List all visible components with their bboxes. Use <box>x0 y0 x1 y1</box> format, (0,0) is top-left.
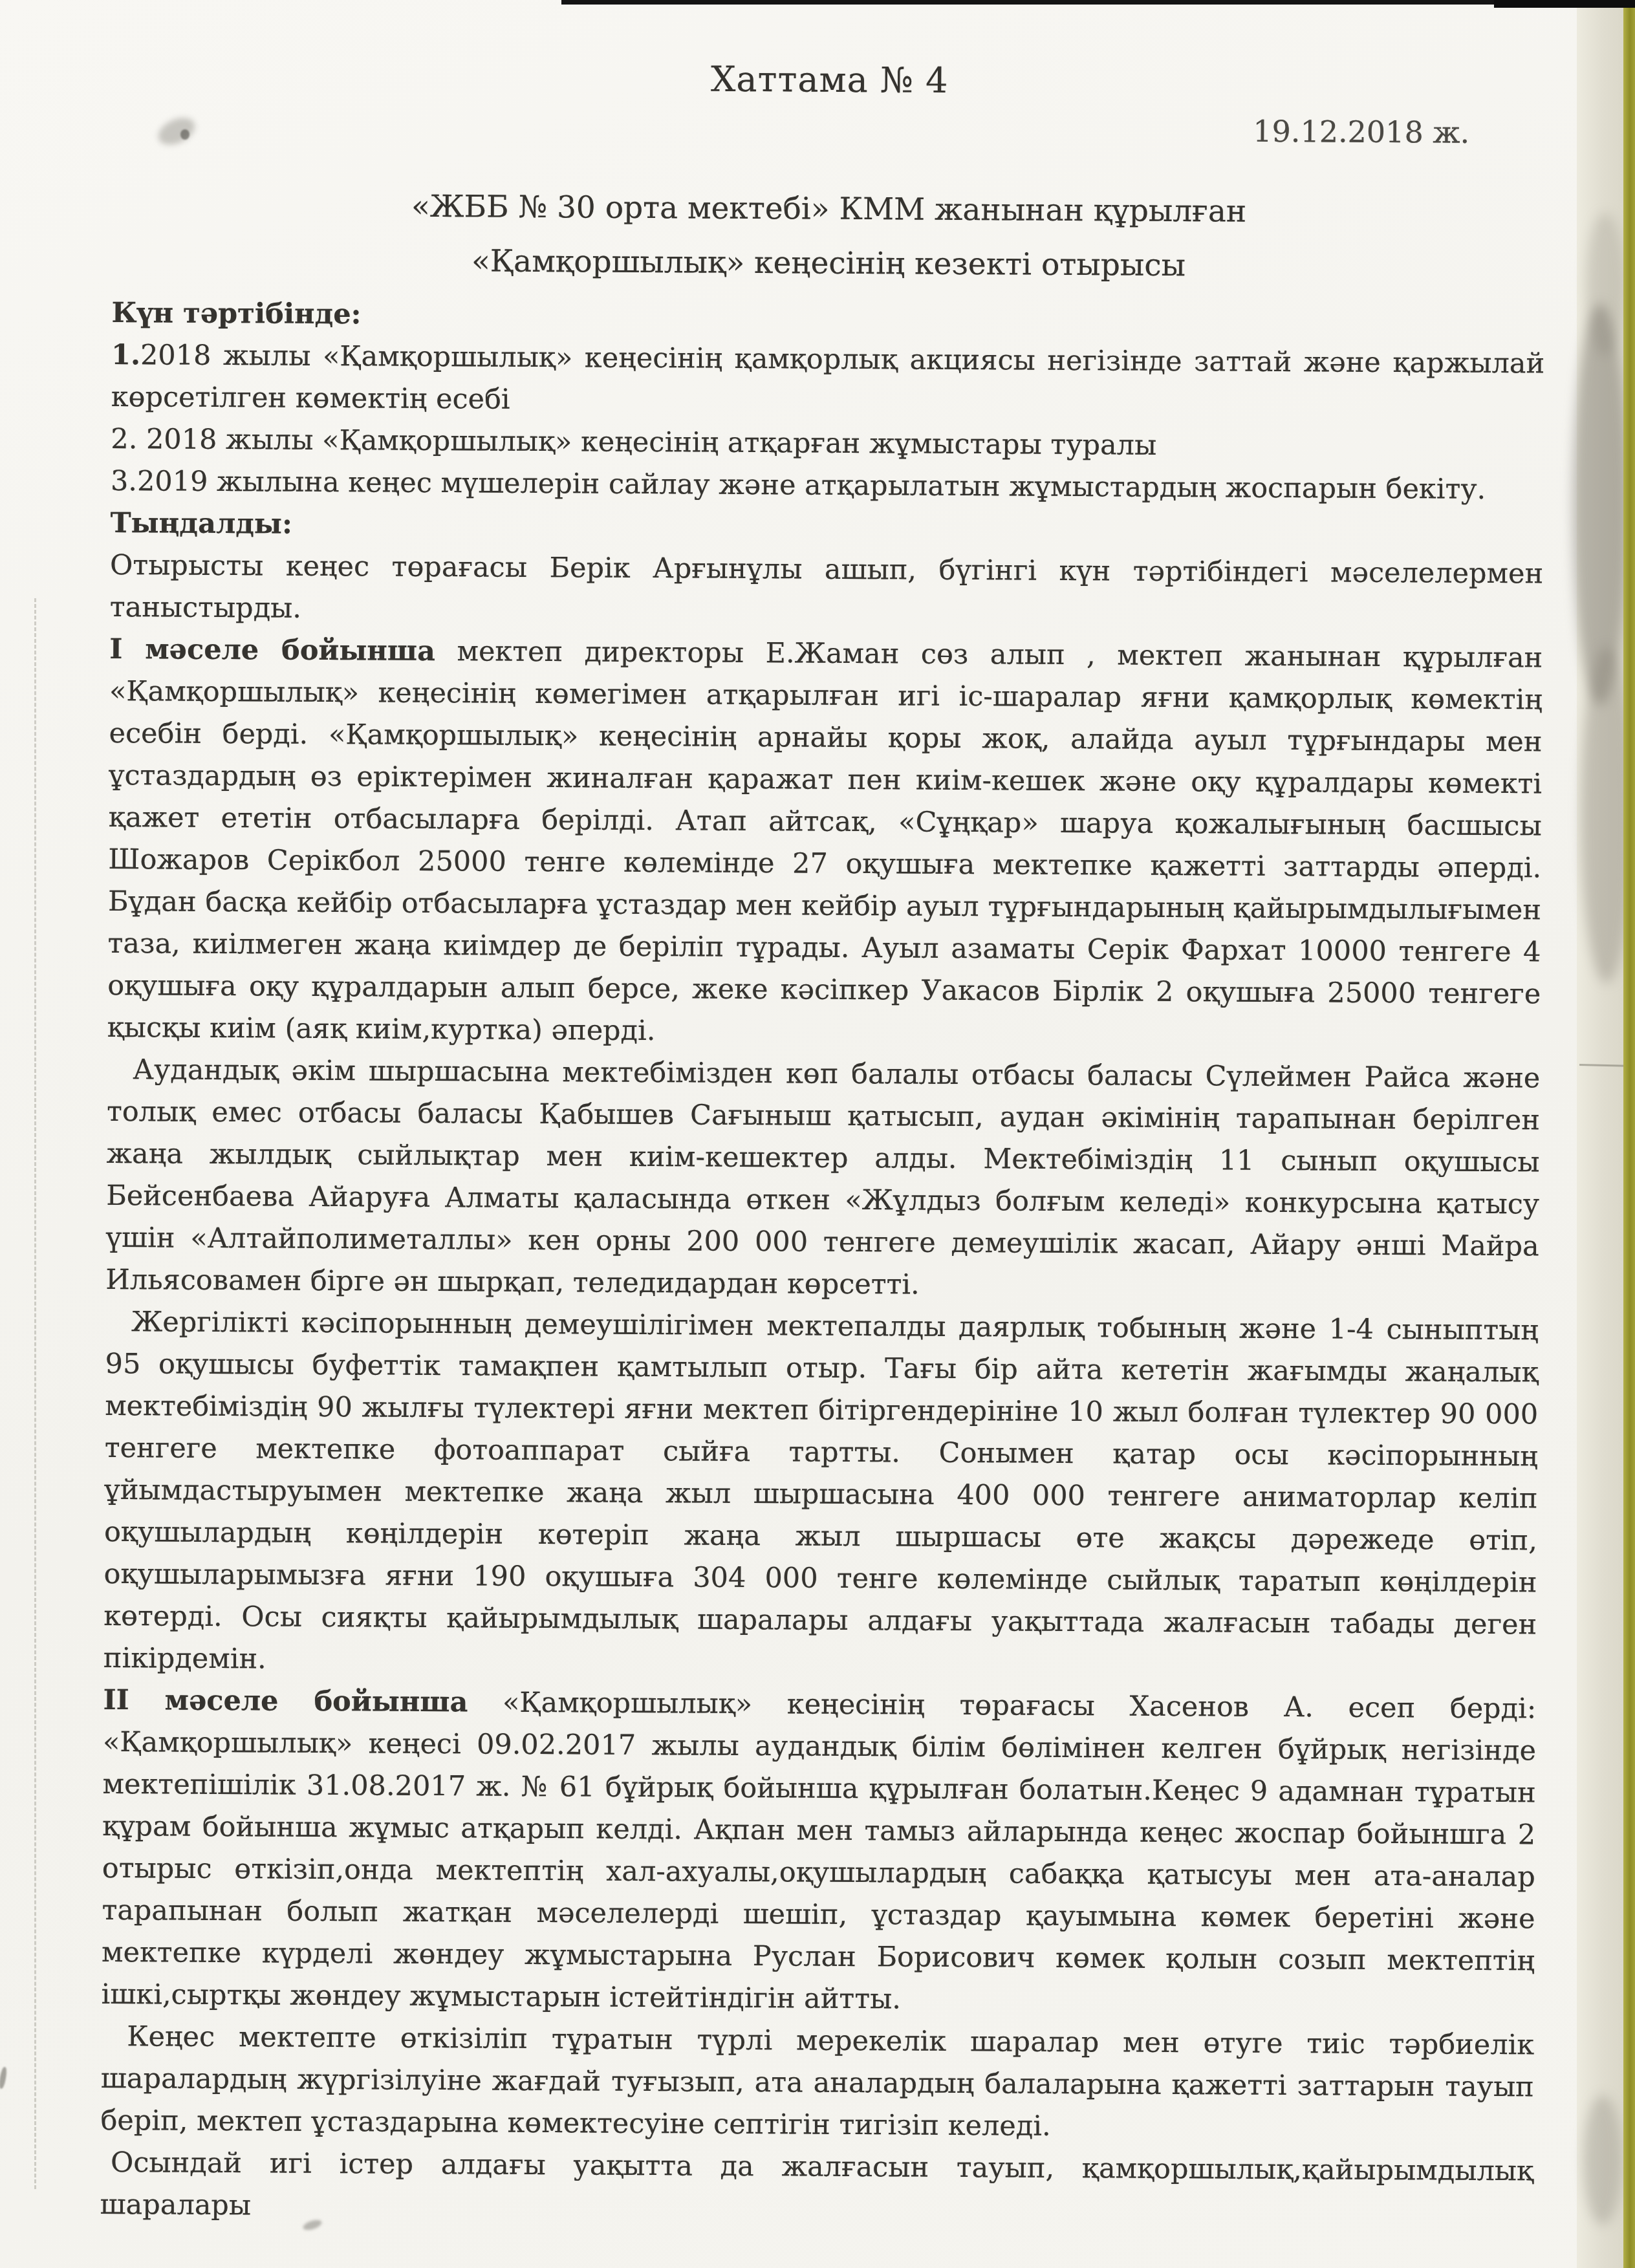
document-title: Хаттама № 4 <box>113 56 1546 105</box>
left-margin-line <box>34 598 36 2189</box>
scanned-page: Хаттама № 4 19.12.2018 ж. «ЖББ № 30 орта… <box>0 0 1635 2268</box>
agenda-item-text: 2018 жылы «Қамқоршылық» кеңесінің атқарғ… <box>137 423 1156 462</box>
heard-intro: Отырысты кеңес төрағасы Берік Арғынұлы а… <box>110 545 1544 638</box>
agenda-item: 1.2018 жылы «Қамқоршылық» кеңесінің қамқ… <box>111 334 1545 427</box>
document-content: Хаттама № 4 19.12.2018 ж. «ЖББ № 30 орта… <box>100 56 1546 2234</box>
agenda-item-text: 2018 жылы «Қамқоршылық» кеңесінің қамқор… <box>111 339 1545 415</box>
agenda-item-number: 2. <box>111 423 137 455</box>
scan-smudge <box>1583 2095 1622 2225</box>
olive-edge-strip <box>1623 0 1635 2268</box>
agenda-item: 3.2019 жылына кеңес мүшелерін сайлау жән… <box>111 460 1544 512</box>
paragraph-text: Аудандық әкім шыршасына мектебімізден кө… <box>105 1053 1540 1301</box>
paragraph-district-gifts: Аудандық әкім шыршасына мектебімізден кө… <box>105 1049 1540 1310</box>
paragraph-text: Осындай игі істер алдағы уақытта да жалғ… <box>100 2146 1534 2221</box>
paragraph-lead: I мәселе бойынша <box>109 633 435 667</box>
agenda-item-text: 2019 жылына кеңес мүшелерін сайлау және … <box>137 465 1486 506</box>
scanner-top-edge <box>561 0 1635 5</box>
paragraph-text: Жергілікті кәсіпорынның демеушілігімен м… <box>103 1306 1539 1675</box>
paragraph-council-support: Кеңес мектепте өткізіліп тұратын түрлі м… <box>100 2016 1534 2151</box>
edge-pencil-mark <box>0 2066 8 2089</box>
scanner-top-edge-corner <box>1494 0 1635 8</box>
document-date: 19.12.2018 ж. <box>113 107 1546 150</box>
agenda-item-number: 3. <box>111 465 137 497</box>
paragraph-text: мектеп директоры Е.Жаман сөз алып , мект… <box>107 635 1543 1047</box>
paragraph-lead: II мәселе бойынша <box>103 1684 468 1718</box>
paragraph-text: «Қамқоршылық» кеңесінің төрағасы Хасенов… <box>102 1686 1537 2015</box>
organization-line: «ЖББ № 30 орта мектебі» КММ жанынан құры… <box>112 186 1545 233</box>
paragraph-closing: Осындай игі істер алдағы уақытта да жалғ… <box>100 2142 1533 2235</box>
paragraph-issue-2: II мәселе бойынша «Қамқоршылық» кеңесіні… <box>101 1679 1536 2025</box>
paragraph-local-enterprise: Жергілікті кәсіпорынның демеушілігімен м… <box>103 1301 1539 1689</box>
agenda-item-number: 1. <box>111 339 140 371</box>
meeting-line: «Қамқоршылық» кеңесінің кезекті отырысы <box>112 241 1545 287</box>
scan-smudge <box>1573 304 1628 705</box>
paragraph-text: Кеңес мектепте өткізіліп тұратын түрлі м… <box>100 2020 1534 2143</box>
paragraph-issue-1: I мәселе бойынша мектеп директоры Е.Жама… <box>107 629 1543 1058</box>
